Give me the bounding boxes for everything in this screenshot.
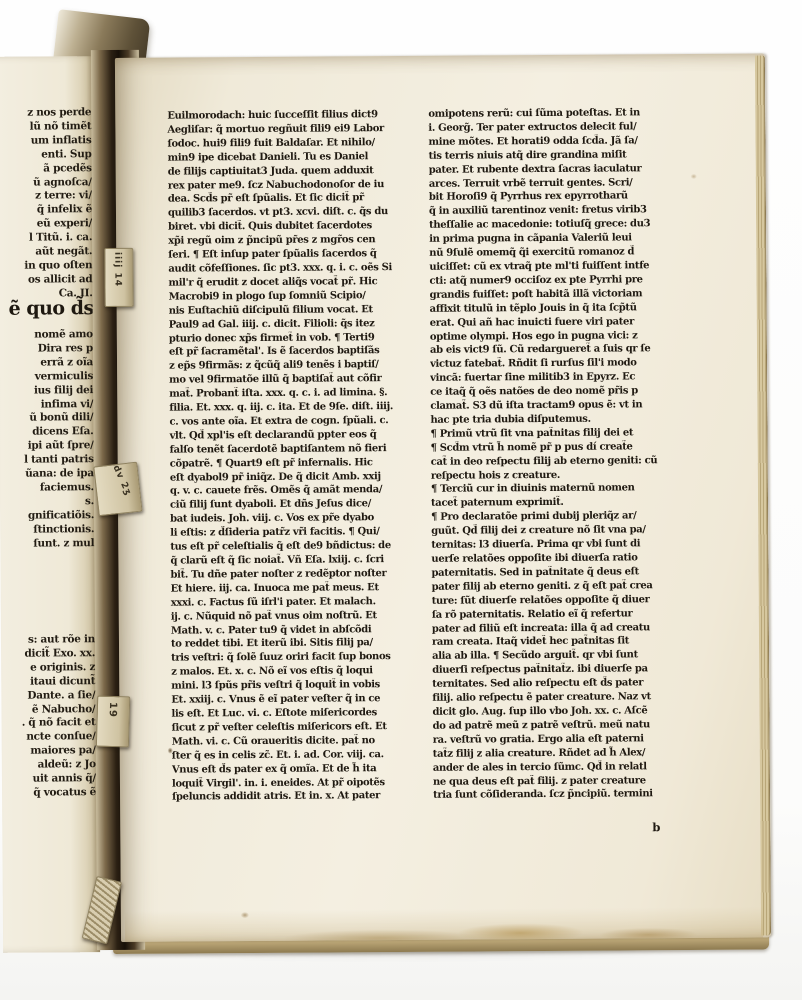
left-page-fragment-line: z nos perde [0, 106, 91, 121]
left-page-fragment-line: s. [0, 495, 94, 510]
left-page-fragment-line: ũana: de ipa [0, 467, 94, 482]
text-line: cat̃ in deo reſpectu filij ab eterno gen… [431, 454, 697, 470]
left-page-fragment-line: dicit̃ Exo. xx. [1, 647, 95, 662]
text-column-left: Euilmorodach: huic ſucceſſit filius dict… [167, 108, 432, 805]
left-page-fragment-line: um inflatis [0, 134, 92, 149]
left-page-fragment-line: ius filij dei [0, 384, 93, 399]
left-page-fragment-line: q̃ infelix ẽ [0, 203, 92, 218]
chapter-heading-fragment: ẽ quo d̃s [9, 297, 94, 320]
left-page-fragment-line: s: aut rõe in [1, 633, 95, 648]
left-page-fragment-line: errã z oĩa [0, 356, 93, 371]
index-tab-2-label: dv 2ʒ [110, 464, 133, 498]
left-page-fragment-line: infima vi/ [0, 398, 93, 413]
left-page-fragment-line: e originis. z [1, 661, 95, 676]
foxing-spot [168, 748, 173, 754]
left-page-fragment-line: ũ agnoſca/ [0, 176, 92, 191]
left-page-fragment-line: aldeũ: z Jo [2, 758, 96, 773]
foxing-spot [241, 912, 249, 918]
left-page-fragment-line: ipi aũt ſpre/ [0, 439, 94, 454]
left-page-fragment-line: ſunt. z mul [0, 537, 94, 552]
left-page-fragment-line: . q̃ nõ facit et [2, 717, 96, 732]
left-page-fragment-line: ũ bonũ dili/ [0, 412, 93, 427]
left-page-fragment-line: l Titũ. i. ca. [0, 231, 92, 246]
left-page-fragment-line: enti. Sup [0, 148, 92, 163]
left-page-fragments-bottom: s: aut rõe indicit̃ Exo. xx.e originis. … [1, 633, 99, 801]
left-page-fragment-line: os allicit ad [0, 273, 93, 288]
photo-background: z nos perdelũ nõ timẽtum inflatisenti. S… [0, 0, 802, 1000]
left-page-fragment-line: ẽ Nabucho/ [1, 703, 95, 718]
text-line: audit cõfeſſiones. ſic pt3. xxx. q. i. c… [168, 261, 428, 277]
left-page-fragment-line: nomẽ amo [0, 328, 93, 343]
left-page-fragment-line: ã pcedẽs [0, 162, 92, 177]
left-page-fragment-line: lũ nõ timẽt [0, 120, 91, 135]
text-line: ſpeluncis addidit atris. Et in. x. At pa… [172, 789, 432, 805]
left-page-fragment-line: l tanti patris [0, 453, 94, 468]
left-page-fragment-line: uit annis q̃/ [2, 772, 96, 787]
left-page-fragment-line: aũt negãt. [0, 245, 92, 260]
text-line: filia. Et. xxx. q. iij. c. ita. Et de 9ſ… [169, 400, 429, 416]
foxing-spot [691, 174, 697, 179]
left-page-fragment-line: q̃ vocatus ẽ [2, 786, 96, 801]
left-page-fragment-line: itaui dicunt̃ [1, 675, 95, 690]
left-page-fragment-line: Dante. a ſie/ [1, 689, 95, 704]
book: z nos perdelũ nõ timẽtum inflatisenti. S… [0, 0, 802, 1000]
index-tab-1-label: iiij 14 [112, 252, 122, 287]
text-line: tria ſunt cõſideranda. ſcz p̃ncipiũ. ter… [433, 787, 699, 803]
left-page-fragments-middle: nomẽ amoDira res perrã z oĩavermiculisiu… [0, 328, 97, 551]
left-page-fragment-line: faciemus. [0, 481, 94, 496]
left-page-fragment-line: vermiculis [0, 370, 93, 385]
index-tab-3-label: 19 [107, 702, 118, 718]
text-column-right: omipotens rerũ: cui ſũma poteſtas. Et in… [428, 106, 699, 803]
left-page-fragment-line: in quo oſten [0, 259, 92, 274]
left-page-fragment-line: maiores pa/ [2, 744, 96, 759]
left-page-fragment-line: gnificatiõis. [0, 509, 94, 524]
left-page-fragment-line: ſtinctionis. [0, 523, 94, 538]
right-page: Euilmorodach: huic ſucceſſit filius dict… [115, 53, 771, 942]
left-page-fragment-line: Dira res p [0, 342, 93, 357]
signature-mark: b [652, 820, 660, 834]
index-tab-3: 19 [96, 696, 130, 748]
left-page-fragment-line: eũ experi/ [0, 217, 92, 232]
left-page-fragments-top: z nos perdelũ nõ timẽtum inflatisenti. S… [0, 106, 96, 301]
index-tab-2: dv 2ʒ [93, 462, 142, 517]
fore-edge [755, 55, 771, 935]
left-page: z nos perdelũ nõ timẽtum inflatisenti. S… [0, 56, 100, 953]
left-page-fragment-line: z terre: vi/ [0, 190, 92, 205]
bottom-edge-stain [125, 893, 763, 941]
left-page-fragment-line: dicens Eſa. [0, 425, 94, 440]
left-page-fragment-line: ncte conſue/ [2, 730, 96, 745]
index-tab-1: iiij 14 [104, 248, 133, 307]
